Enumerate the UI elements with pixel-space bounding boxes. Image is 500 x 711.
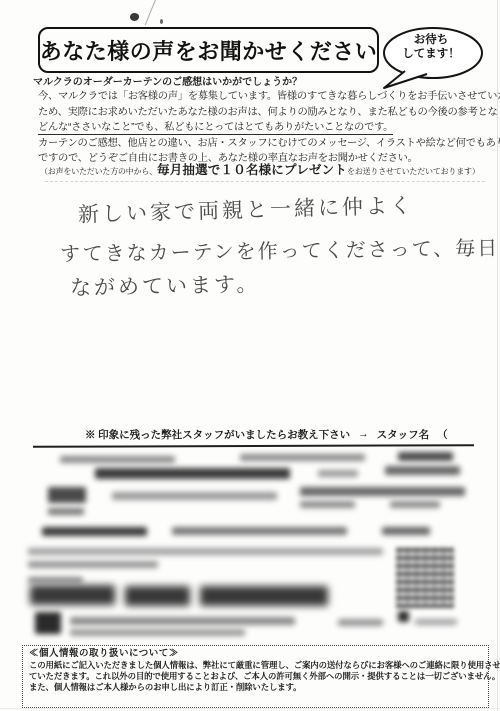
- privacy-notice-line: また、個人情報はご本人様からのお申し出により訂正・削除いたします。: [29, 682, 482, 693]
- body-line: ため、実際にお求めいただいたあなた様のお声は、何よりの励みとなり、また私どもの今…: [38, 105, 478, 121]
- divider-rule: [33, 444, 474, 448]
- prize-note: （お声をいただいた方の中から、毎月抽選で１０名様にプレゼントをお送りさせていただ…: [40, 160, 480, 179]
- privacy-notice-line: この用紙にご記入いただきました個人情報は、弊社にて厳重に管理し、ご案内の送付なら…: [29, 660, 482, 671]
- blurred-qr-code: [396, 547, 454, 608]
- handwritten-comment-line: すてきなカーテンを作ってくださって、毎日カーテンを: [60, 230, 500, 267]
- page-title: あなた様の声をお聞かせください: [40, 35, 378, 66]
- page-title-box: あなた様の声をお聞かせください: [38, 27, 379, 73]
- scan-artifact-scratch: [145, 0, 156, 25]
- staff-name-prompt: ※ 印象に残った弊社スタッフがいましたらお教え下さい → スタッフ名 （ ）: [85, 427, 500, 442]
- speech-bubble: お待ち してます！: [381, 26, 487, 92]
- body-line: カーテンのご感想、他店との違い、お店・スタッフにむけてのメッセージ、イラストや絵…: [38, 136, 478, 152]
- privacy-notice-line: ていただきます。これ以外の目的で使用することおよび、ご本人の許可無く外部への開示…: [29, 671, 482, 682]
- body-paragraph: 今、マルクラでは「お客様の声」を募集しています。皆様のすてきな暮らしづくりをお手…: [38, 89, 478, 167]
- scan-edge: [0, 708, 500, 709]
- speech-bubble-text: お待ち してます！: [381, 33, 481, 61]
- blurred-logo: [35, 612, 61, 634]
- intro-question: マルクラのオーダーカーテンのご感想はいかがでしょうか？: [33, 73, 302, 88]
- arrow-icon: →: [358, 429, 369, 440]
- handwritten-comment-line: 新しい家で両親と一緒に仲よく: [78, 189, 415, 228]
- privacy-notice-title: ≪個人情報の取り扱いについて≫: [29, 649, 482, 660]
- privacy-notice-box: ≪個人情報の取り扱いについて≫ この用紙にご記入いただきました個人情報は、弊社に…: [22, 645, 489, 708]
- handwritten-comment-line: ながめています。: [70, 268, 261, 302]
- scanned-feedback-form: あなた様の声をお聞かせください お待ち してます！ マルクラのオーダーカーテンの…: [0, 0, 500, 711]
- blurred-phone-number: [30, 585, 115, 605]
- scan-artifact-speck: [129, 12, 140, 22]
- body-line: 今、マルクラでは「お客様の声」を募集しています。皆様のすてきな暮らしづくりをお手…: [38, 89, 478, 105]
- body-line-underlined: どんな“ささいなこと”でも、私どもにとってはとてもありがたいことなのです。: [38, 120, 478, 136]
- scan-artifact-faint-line: [45, 181, 485, 182]
- scan-artifact-speck: [160, 19, 163, 24]
